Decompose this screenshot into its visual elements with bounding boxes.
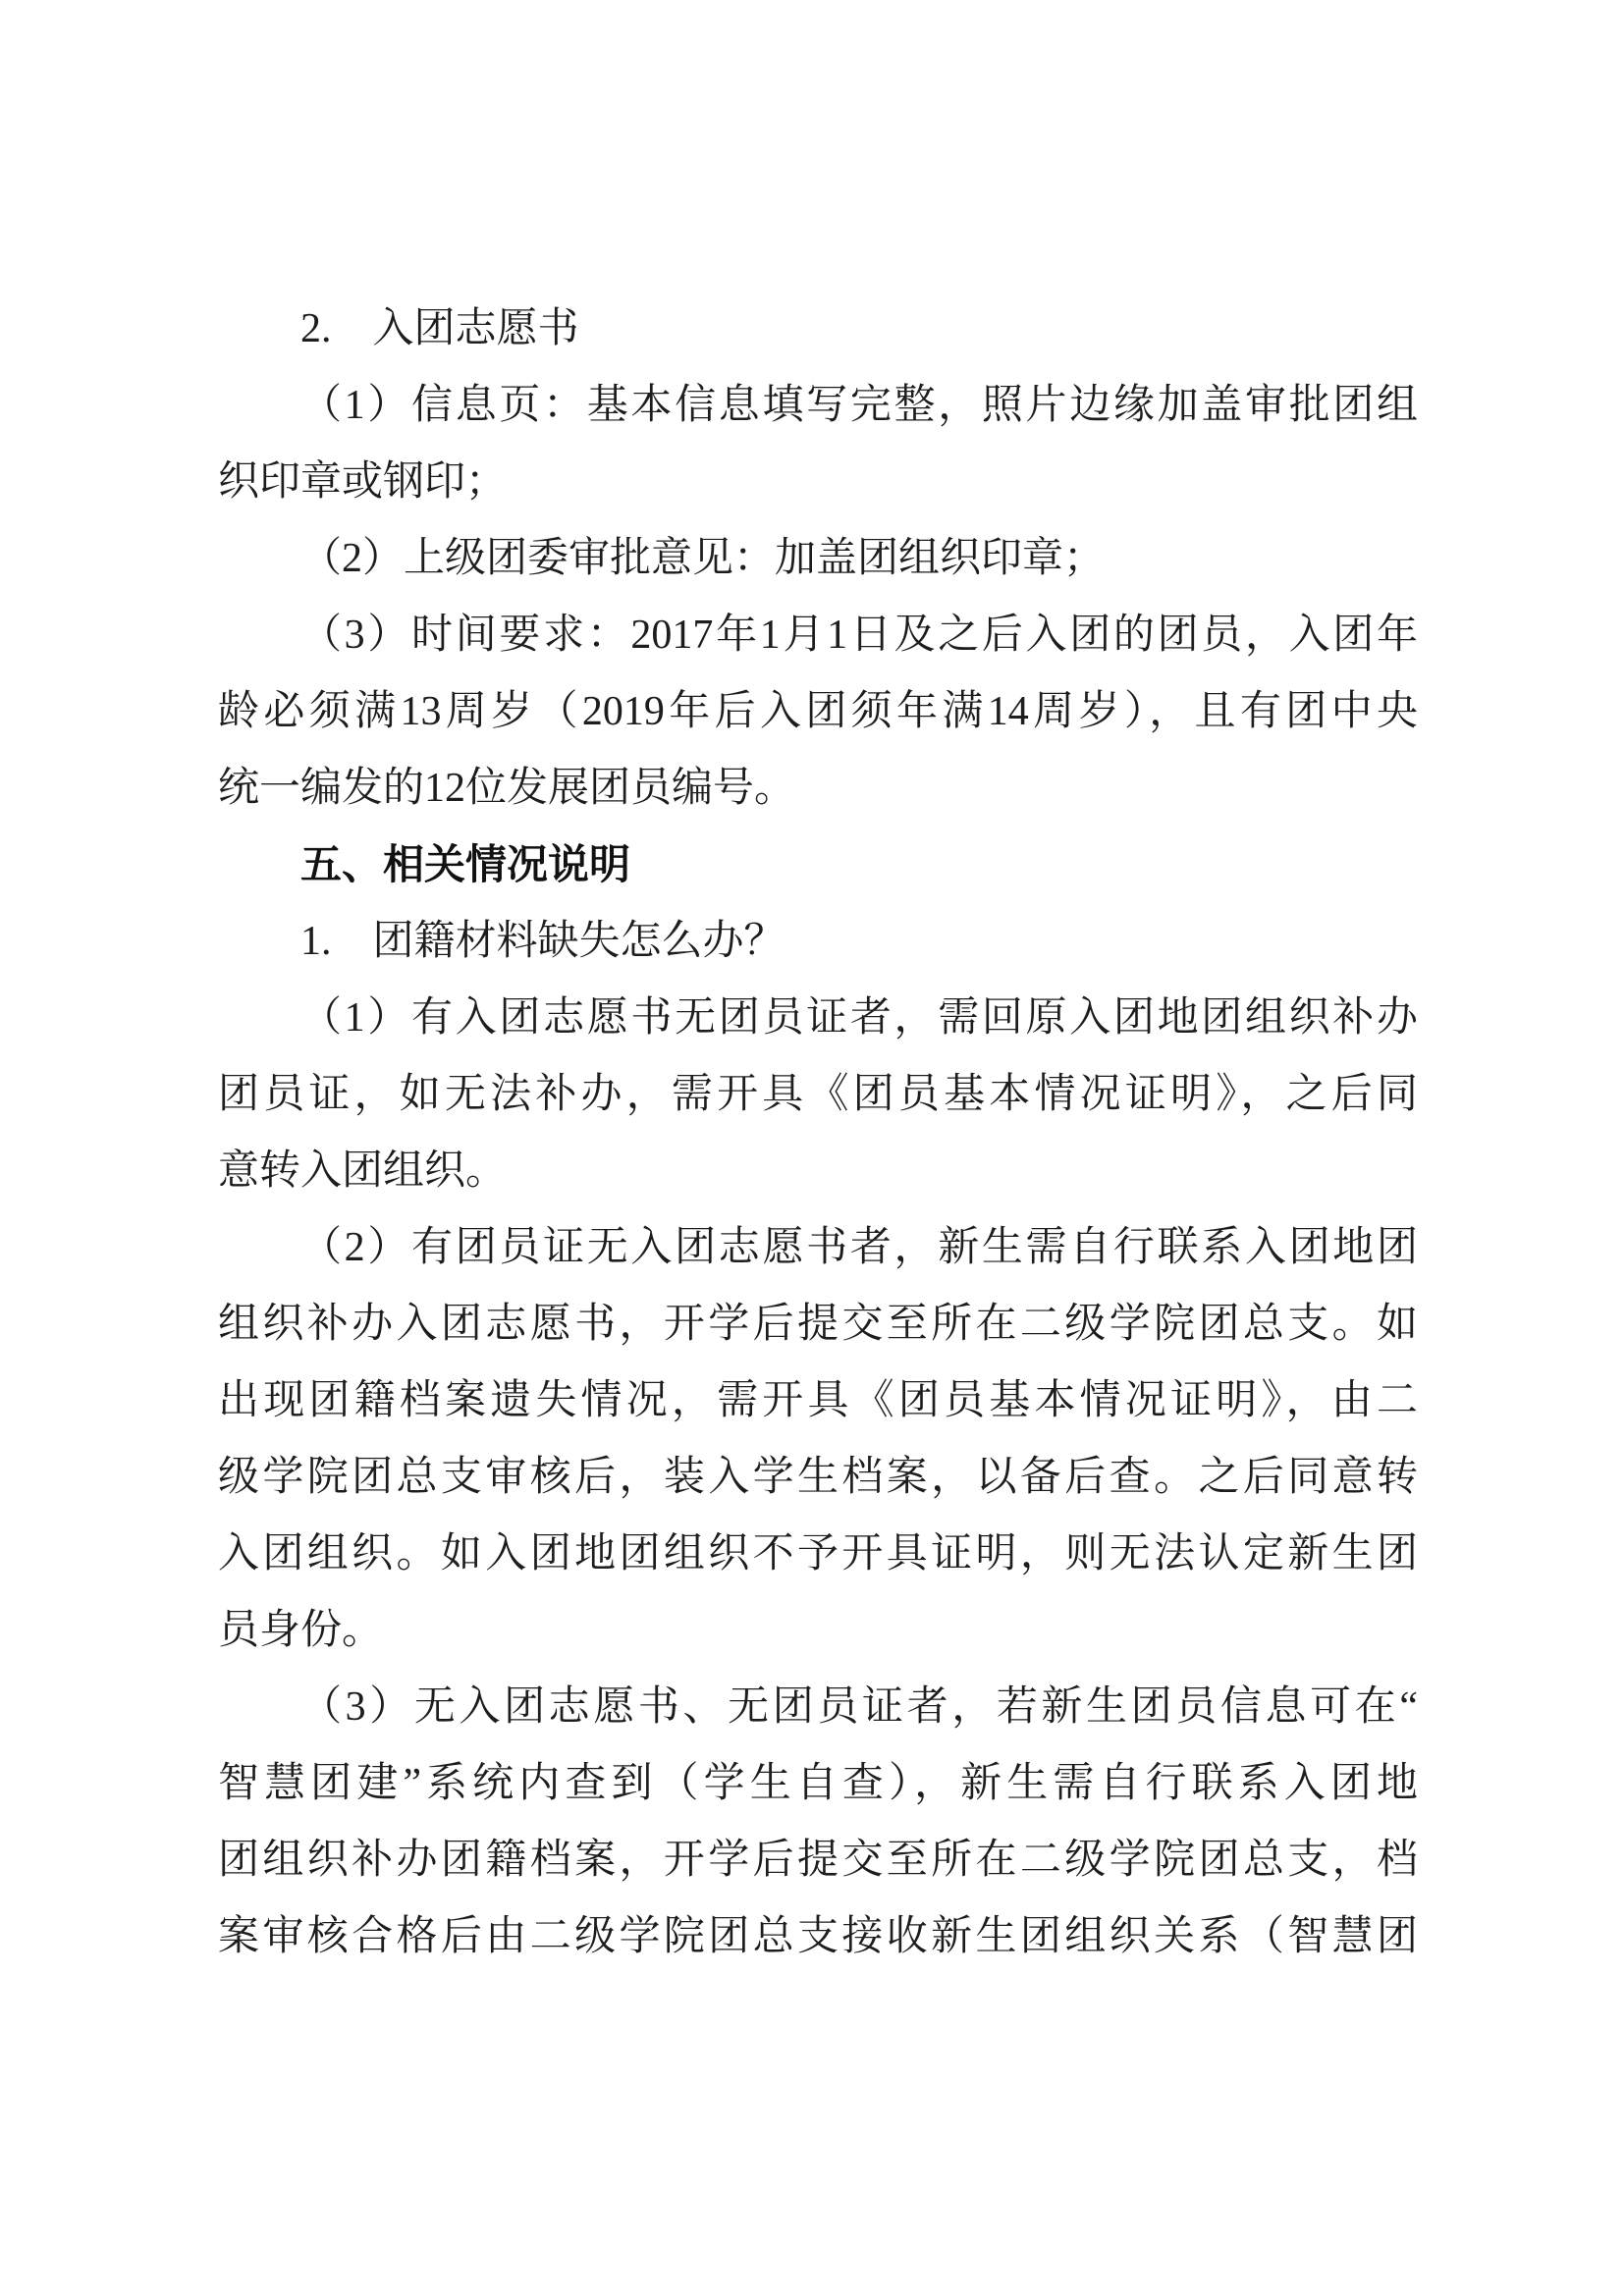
text-line: （3）时间要求：2017年1月1日及之后入团的团员，入团年 (218, 597, 1418, 673)
text-line: 织印章或钢印； (218, 444, 1418, 520)
document-page: { "page": { "background": "#ffffff", "te… (0, 0, 1624, 2296)
text-line: 员身份。 (218, 1592, 1418, 1669)
text-line: （3）无入团志愿书、无团员证者，若新生团员信息可在“ (218, 1669, 1418, 1745)
text-line: （2）上级团委审批意见：加盖团组织印章； (218, 520, 1418, 597)
text-line: 团组织补办团籍档案，开学后提交至所在二级学院团总支，档 (218, 1822, 1418, 1898)
text-line: 案审核合格后由二级学院团总支接收新生团组织关系（智慧团 (218, 1898, 1418, 1975)
text-line: 1. 团籍材料缺失怎么办？ (218, 903, 1418, 980)
text-line: 意转入团组织。 (218, 1133, 1418, 1209)
document-body: 2. 入团志愿书（1）信息页：基本信息填写完整，照片边缘加盖审批团组织印章或钢印… (218, 291, 1418, 1975)
text-line: 组织补办入团志愿书，开学后提交至所在二级学院团总支。如 (218, 1286, 1418, 1362)
text-line: （1）有入团志愿书无团员证者，需回原入团地团组织补办 (218, 980, 1418, 1056)
text-line: （1）信息页：基本信息填写完整，照片边缘加盖审批团组 (218, 367, 1418, 444)
text-line: 入团组织。如入团地团组织不予开具证明，则无法认定新生团 (218, 1516, 1418, 1592)
text-line: 智慧团建”系统内查到（学生自查），新生需自行联系入团地 (218, 1745, 1418, 1822)
text-line: 统一编发的12位发展团员编号。 (218, 750, 1418, 827)
text-line: 级学院团总支审核后，装入学生档案，以备后查。之后同意转 (218, 1439, 1418, 1516)
section-heading: 五、相关情况说明 (218, 827, 1418, 903)
text-line: 龄必须满13周岁（2019年后入团须年满14周岁），且有团中央 (218, 673, 1418, 750)
text-line: 团员证，如无法补办，需开具《团员基本情况证明》，之后同 (218, 1056, 1418, 1133)
text-line: 出现团籍档案遗失情况，需开具《团员基本情况证明》，由二 (218, 1362, 1418, 1439)
text-line: 2. 入团志愿书 (218, 291, 1418, 367)
text-line: （2）有团员证无入团志愿书者，新生需自行联系入团地团 (218, 1209, 1418, 1286)
